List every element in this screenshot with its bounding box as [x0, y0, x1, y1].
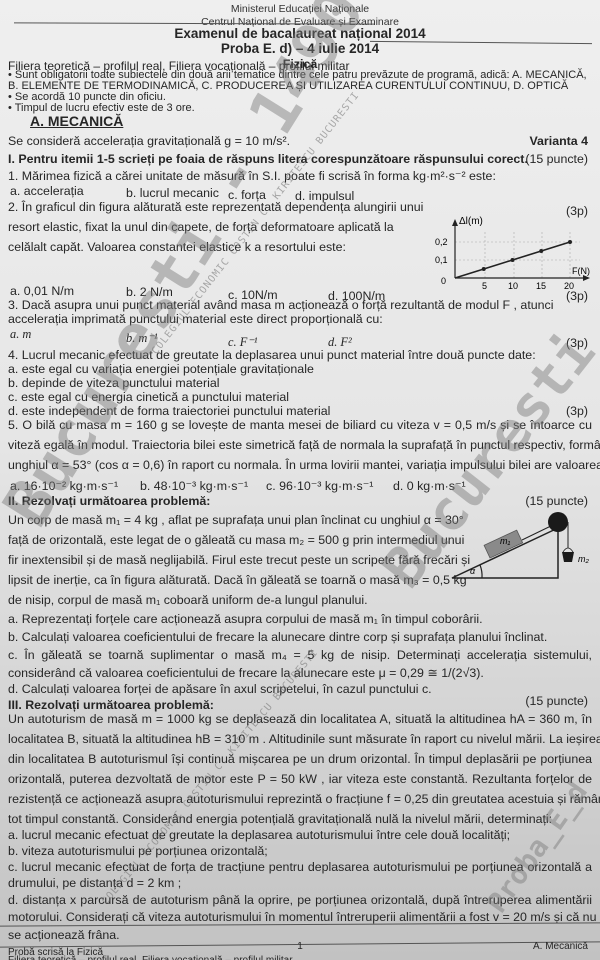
q3-option-b: b. m⁻¹ — [126, 330, 158, 346]
part3-title: III. Rezolvați următoarea problemă: — [8, 698, 592, 712]
graph-point — [482, 267, 486, 271]
part2-item-c: c. În găleată se toarnă suplimentar o ma… — [8, 648, 592, 662]
q5-option-c: c. 96·10⁻³ kg·m·s⁻¹ — [266, 478, 373, 493]
part2-item-a: a. Reprezentați forțele care acționează … — [8, 612, 592, 626]
q2-option-a: a. 0,01 N/m — [10, 284, 74, 298]
incline-figure: m₁ m₂ α — [440, 500, 600, 585]
q5-option-d: d. 0 kg·m·s⁻¹ — [393, 478, 466, 493]
q1-option-b: b. lucrul mecanic — [126, 186, 219, 200]
graph-xlabel: F(N) — [572, 266, 590, 276]
part3-points: (15 puncte) — [525, 694, 588, 708]
q4-option-a: a. este egal cu variația energiei potenț… — [8, 362, 592, 376]
graph-xtick-1: 10 — [508, 281, 518, 291]
variant-label: Varianta 4 — [8, 134, 588, 148]
q4-option-c: c. este egal cu energia cinetică a punct… — [8, 390, 592, 404]
graph-point — [568, 240, 572, 244]
part3-item-d: d. distanța x parcursă de autoturism pân… — [8, 893, 592, 907]
exam-page: Ministerul Educației Naționale Centrul N… — [0, 0, 600, 960]
part3-line-1: Un autoturism de masă m = 1000 kg se dep… — [8, 712, 592, 726]
part2-item-d: d. Calculați valoarea forței de apăsare … — [8, 682, 592, 696]
q4-option-b: b. depinde de viteza punctului material — [8, 376, 592, 390]
graph-ylabel: Δl(m) — [459, 216, 483, 227]
section-title: A. MECANICĂ — [30, 114, 592, 128]
graph-origin: 0 — [441, 276, 446, 286]
part2-item-c-cont: considerând că valoarea coeficientului d… — [8, 666, 592, 680]
part3-line-3: din localitatea B autoturismul își conti… — [8, 752, 592, 766]
q2-line-2: resort elastic, fixat la unul din capete… — [8, 220, 428, 234]
graph-ytick-0: 0,2 — [435, 237, 448, 247]
part3-item-c-cont: drumului, pe distanța d = 2 km ; — [8, 876, 592, 890]
footer-line-2: Filiera teoretică – profilul real, Filie… — [8, 956, 592, 960]
ministry-name: Ministerul Educației Naționale — [8, 2, 592, 16]
q5-line-3: unghiul α = 53° (cos α = 0,6) în raport … — [8, 458, 592, 472]
part3-item-d-cont: motorului. Considerați că viteza autotur… — [8, 910, 592, 924]
q5-option-a: a. 16·10⁻² kg·m·s⁻¹ — [10, 478, 118, 493]
q4-text: 4. Lucrul mecanic efectuat de greutate l… — [8, 348, 592, 362]
part2-item-b: b. Calculați valoarea coeficientului de … — [8, 630, 592, 644]
graph-point — [539, 249, 543, 253]
q2-option-b: b. 2 N/m — [126, 285, 173, 299]
figure-label-m1: m₁ — [500, 536, 510, 546]
figure-label-alpha: α — [470, 566, 476, 576]
q4-option-d: d. este independent de forma traiectorie… — [8, 404, 592, 418]
q1-text: 1. Mărimea fizică a cărei unitate de măs… — [8, 169, 592, 183]
figure-label-m2: m₂ — [578, 554, 589, 564]
q5-line-2: viteză egală în modul. Traiectoria bilei… — [8, 438, 592, 452]
part2-line-5: de nisip, corpul de masă m₁ coboară unif… — [8, 593, 592, 607]
q1-option-a: a. accelerația — [10, 184, 84, 198]
q3-line-2: accelerația imprimată punctului material… — [8, 312, 592, 326]
part3-line-2: localitatea B, situată la altitudinea hB… — [8, 732, 592, 746]
q5-line-1: 5. O bilă cu masa m = 160 g se lovește d… — [8, 418, 592, 432]
q2-line-3: celălalt capăt. Valoarea constantei elas… — [8, 240, 428, 254]
q3-line-1: 3. Dacă asupra unui punct material având… — [8, 298, 592, 312]
part3-line-6: tot timpul constantă. Considerând energi… — [8, 812, 592, 826]
graph-ytick-1: 0,1 — [435, 255, 448, 265]
part1-points: (15 puncte) — [525, 152, 588, 166]
graph-xtick-2: 15 — [536, 281, 546, 291]
part3-item-a: a. lucrul mecanic efectuat de greutate l… — [8, 828, 592, 842]
q5-option-b: b. 48·10⁻³ kg·m·s⁻¹ — [140, 478, 248, 493]
graph-xtick-0: 5 — [482, 281, 487, 291]
graph-point — [511, 258, 515, 262]
part3-line-4: orizontală, puterea dezvoltată de motor … — [8, 772, 592, 786]
part1-title: I. Pentru itemii 1-5 scrieți pe foaia de… — [8, 152, 592, 166]
proba-title: Proba E. d) – 4 iulie 2014 — [8, 42, 592, 56]
part3-item-b: b. viteza autoturismului pe porțiunea or… — [8, 844, 592, 858]
spring-graph: Δl(m) 0,2 0,1 0 5 10 15 20 F(N) — [425, 212, 600, 292]
q5-points-top: (3p) — [566, 404, 588, 418]
part3-line-5: rezistență ce acționează asupra autoturi… — [8, 792, 592, 806]
exam-title: Examenul de bacalaureat național 2014 — [8, 27, 592, 41]
q2-line-1: 2. În graficul din figura alăturată este… — [8, 200, 428, 214]
q3-option-a: a. m — [10, 327, 31, 342]
part3-item-c: c. lucrul mecanic efectuat de forța de t… — [8, 860, 592, 874]
